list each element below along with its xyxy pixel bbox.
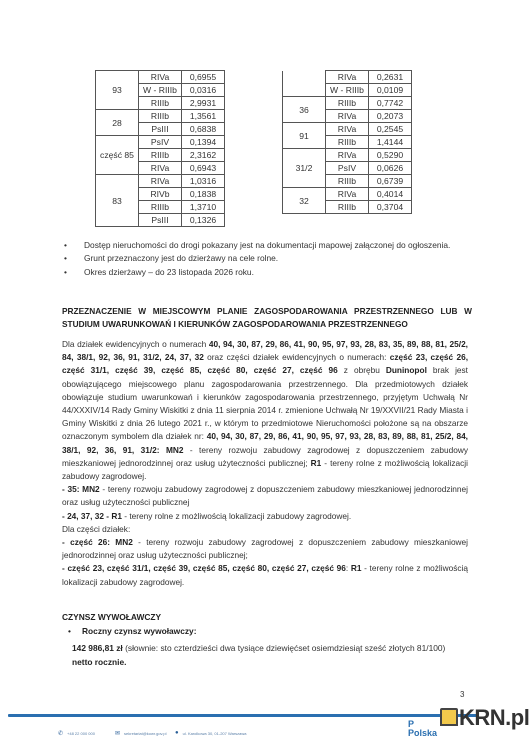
area-cell: 0,6739 [369,175,412,188]
soil-class-cell: RIVa [139,175,182,188]
soil-class-cell: RIVa [139,71,182,84]
parcel-number-cell: 93 [96,71,139,110]
phone-icon: ✆ [58,730,63,737]
parcel-number-cell: część 85 [96,136,139,175]
area-cell: 0,4014 [369,188,412,201]
soil-class-cell: W - RIIIb [326,84,369,97]
soil-class-cell: RIIIb [139,110,182,123]
area-cell: 1,3561 [182,110,225,123]
soil-class-cell: PsIII [139,123,182,136]
zoning-paragraph: Dla działek ewidencyjnych o numerach 40,… [62,338,468,483]
table-row: RIVa0,2631 [283,71,412,84]
area-cell: 0,6955 [182,71,225,84]
area-cell: 0,3704 [369,201,412,214]
area-cell: 0,1326 [182,214,225,227]
section-heading: PRZEZNACZENIE W MIEJSCOWYM PLANIE ZAGOSP… [62,305,472,331]
page-number: 3 [460,690,464,699]
bullet-access: Dostęp nieruchomości do drogi pokazany j… [62,239,474,252]
soil-class-cell: RIVa [139,162,182,175]
area-cell: 0,0626 [369,162,412,175]
table-row: 32RIVa0,4014 [283,188,412,201]
soil-class-cell: RIIIb [326,97,369,110]
area-cell: 1,3710 [182,201,225,214]
soil-class-cell: RIVb [139,188,182,201]
info-bullet-list: Dostęp nieruchomości do drogi pokazany j… [62,239,474,279]
agency-logo: PPolska [408,720,437,738]
house-icon [440,708,458,726]
footer-email[interactable]: ✉sekretariat@kowr.gov.pl [115,730,166,737]
parcel-number-cell: 31/2 [283,149,326,188]
land-class-table-right: RIVa0,2631W - RIIIb0,010936RIIIb0,7742RI… [282,70,412,214]
bullet-purpose: Grunt przeznaczony jest do dzierżawy na … [62,252,474,265]
zoning-line-parts-r1: - część 23, część 31/1, część 39, część … [62,562,468,588]
rent-heading: CZYNSZ WYWOŁAWCZY [62,612,161,622]
krn-watermark: KRN.pl [440,705,529,731]
soil-class-cell: PsIII [139,214,182,227]
area-cell: 1,0316 [182,175,225,188]
table-row: 36RIIIb0,7742 [283,97,412,110]
footer-divider [8,714,478,717]
soil-class-cell: RIVa [326,149,369,162]
location-pin-icon: ● [175,730,179,736]
area-cell: 0,6943 [182,162,225,175]
mail-icon: ✉ [115,730,120,737]
soil-class-cell: RIIIb [139,149,182,162]
area-cell: 0,1838 [182,188,225,201]
soil-class-cell: RIIIb [139,97,182,110]
zoning-line-part-26: - część 26: MN2 - tereny rozwoju zabudow… [62,536,468,562]
bullet-lease-period: Okres dzierżawy – do 23 listopada 2026 r… [62,266,474,279]
soil-class-cell: PsIV [326,162,369,175]
document-page: 93RIVa0,6955W - RIIIb0,0316RIIIb2,993128… [0,0,530,750]
footer-phone: ✆+48 22 000 000 [58,730,95,737]
area-cell: 0,2631 [369,71,412,84]
zoning-line-r1: - 24, 37, 32 - R1 - tereny rolne z możli… [62,510,468,523]
table-row: 31/2RIVa0,5290 [283,149,412,162]
soil-class-cell: RIIIb [139,201,182,214]
zoning-text: Dla działek ewidencyjnych o numerach 40,… [62,338,468,589]
zoning-line-35: - 35: MN2 - tereny rozwoju zabudowy zagr… [62,483,468,509]
soil-class-cell: RIVa [326,110,369,123]
parcel-number-cell: 91 [283,123,326,149]
soil-class-cell: RIIIb [326,136,369,149]
area-cell: 0,7742 [369,97,412,110]
soil-class-cell: RIIIb [326,175,369,188]
soil-class-cell: W - RIIIb [139,84,182,97]
area-cell: 2,9931 [182,97,225,110]
area-cell: 0,2545 [369,123,412,136]
area-cell: 0,5290 [369,149,412,162]
area-cell: 0,2073 [369,110,412,123]
parcel-number-cell: 83 [96,175,139,227]
area-cell: 1,4144 [369,136,412,149]
rent-amount: 142 986,81 zł (słownie: sto czterdzieści… [72,641,492,669]
land-class-table-left: 93RIVa0,6955W - RIIIb0,0316RIIIb2,993128… [95,70,225,227]
table-row: 93RIVa0,6955 [96,71,225,84]
table-row: 28RIIIb1,3561 [96,110,225,123]
soil-class-cell: RIVa [326,123,369,136]
area-cell: 0,6838 [182,123,225,136]
table-row: część 85PsIV0,1394 [96,136,225,149]
parcel-number-cell: 32 [283,188,326,214]
area-cell: 0,1394 [182,136,225,149]
area-cell: 0,0109 [369,84,412,97]
parcel-number-cell: 36 [283,97,326,123]
soil-class-cell: RIVa [326,188,369,201]
rent-value: 142 986,81 zł [72,643,123,653]
soil-class-cell: RIIIb [326,201,369,214]
soil-class-cell: RIVa [326,71,369,84]
parcel-number-cell: 28 [96,110,139,136]
area-cell: 0,0316 [182,84,225,97]
table-row: 91RIVa0,2545 [283,123,412,136]
table-row: 83RIVa1,0316 [96,175,225,188]
area-cell: 2,3162 [182,149,225,162]
footer-address: ●ul. Karolkowa 30, 01-207 Warszawa [175,730,247,736]
rent-bullet: Roczny czynsz wywoławczy: [82,626,197,636]
zoning-parts-label: Dla części działek: [62,523,468,536]
soil-class-cell: PsIV [139,136,182,149]
rent-words: (słownie: sto czterdzieści dwa tysiące d… [123,643,446,653]
parcel-number-cell [283,71,326,97]
rent-suffix: netto rocznie. [72,657,126,667]
